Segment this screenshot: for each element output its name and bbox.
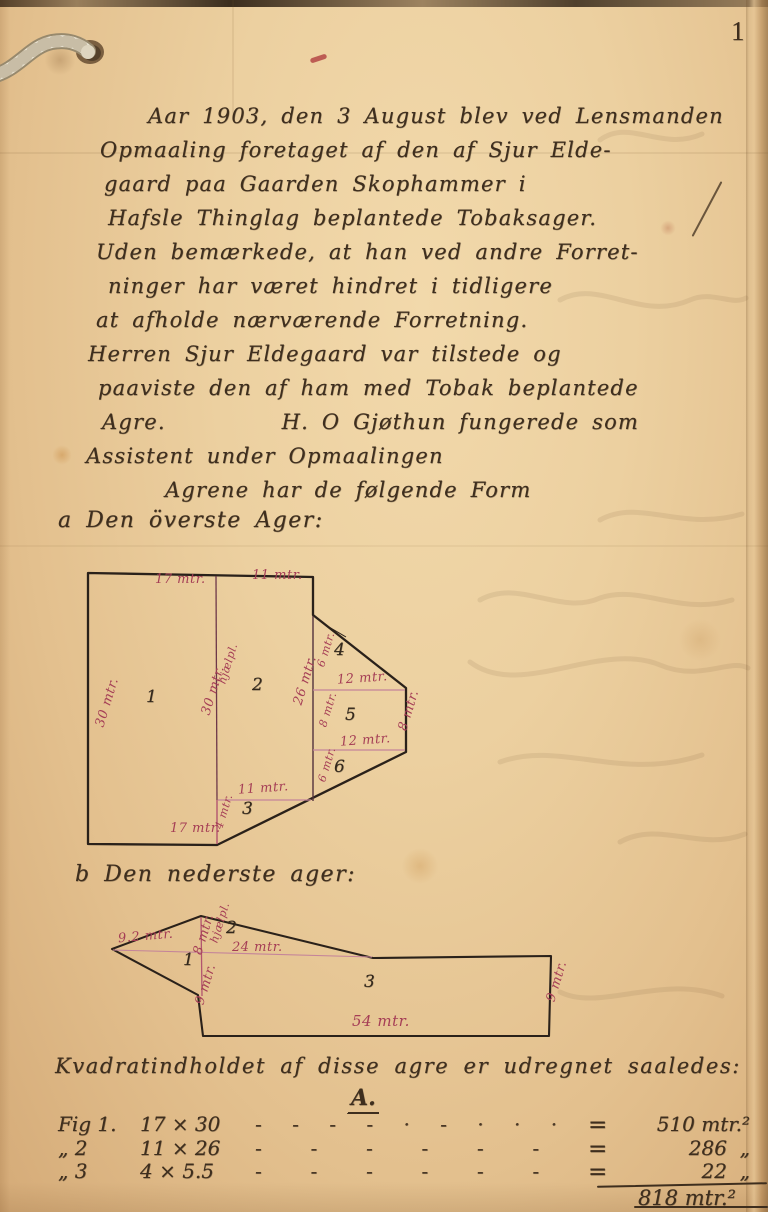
area-value: 510 mtr.²: [626, 1112, 750, 1136]
area-value: 22 „: [626, 1159, 750, 1183]
calc-row: Fig 1. 17 × 30 - - - - · - · · · = 510 m…: [0, 1112, 768, 1138]
figure-ref: „ 2: [58, 1136, 87, 1160]
scanned-protocol-page: 1 Aar 1903, den 3 August blev ved Lensma…: [0, 0, 768, 1212]
equals-sign: =: [588, 1159, 607, 1185]
equals-sign: =: [588, 1112, 607, 1138]
area-calculation: Fig 1. 17 × 30 - - - - · - · · · = 510 m…: [0, 0, 768, 1212]
figure-ref: Fig 1.: [58, 1112, 117, 1136]
dash-leader: - - - - - -: [255, 1136, 580, 1160]
calc-row: „ 3 4 × 5.5 - - - - - - = 22 „: [0, 1159, 768, 1185]
total-underline: [634, 1206, 768, 1208]
dimensions: 4 × 5.5: [140, 1159, 214, 1183]
dash-leader: - - - - - -: [255, 1159, 580, 1183]
dash-leader: - - - - · - · · ·: [255, 1112, 580, 1136]
dimensions: 11 × 26: [140, 1136, 220, 1160]
dimensions: 17 × 30: [140, 1112, 220, 1136]
area-value: 286 „: [626, 1136, 750, 1160]
figure-ref: „ 3: [58, 1159, 87, 1183]
